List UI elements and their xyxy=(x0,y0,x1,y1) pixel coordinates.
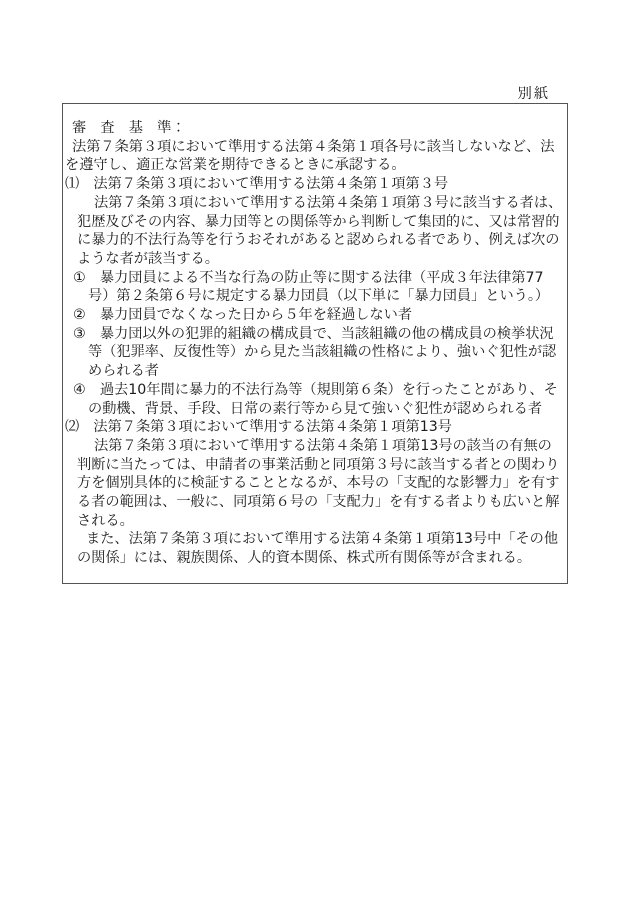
doc-line-13: 等（犯罪率、反復性等）から見た当該組織の性格により、強いぐ犯性が認 xyxy=(65,343,563,362)
doc-line-8: ような者が該当する。 xyxy=(65,250,563,269)
doc-line-16: の動機、背景、手段、日常の素行等から見て強いぐ犯性が認められる者 xyxy=(65,400,563,419)
doc-line-10: 号）第２条第６号に規定する暴力団員（以下単に「暴力団員」という。） xyxy=(65,287,563,306)
doc-line-3: を遵守し、適正な営業を期待できるときに承認する。 xyxy=(65,156,563,175)
doc-line-15: ④ 過去10年間に暴力的不法行為等（規則第６条）を行ったことがあり、そ xyxy=(65,381,563,400)
doc-line-24: の関係」には、親族関係、人的資本関係、株式所有関係等が含まれる。 xyxy=(65,549,563,568)
attachment-label: 別紙 xyxy=(518,83,550,103)
doc-line-22: される。 xyxy=(65,512,563,531)
doc-line-19: 判断に当たっては、申請者の事業活動と同項第３号に該当する者との関わり xyxy=(65,456,563,475)
doc-line-6: 犯歴及びその内容、暴力団等との関係等から判断して集団的に、又は常習的 xyxy=(65,213,563,232)
doc-line-14: められる者 xyxy=(65,362,563,381)
doc-line-12: ③ 暴力団以外の犯罪的組織の構成員で、当該組織の他の構成員の検挙状況 xyxy=(65,325,563,344)
doc-line-23: また、法第７条第３項において準用する法第４条第１項第13号中「その他 xyxy=(65,530,563,549)
doc-line-7: に暴力的不法行為等を行うおそれがあると認められる者であり、例えば次の xyxy=(65,231,563,250)
doc-line-1: 審 査 基 準： xyxy=(65,119,563,138)
doc-line-2: 法第７条第３項において準用する法第４条第１項各号に該当しないなど、法 xyxy=(65,138,563,157)
page: 別紙 審 査 基 準：法第７条第３項において準用する法第４条第１項各号に該当しな… xyxy=(0,0,630,903)
doc-line-11: ② 暴力団員でなくなった日から５年を経過しない者 xyxy=(65,306,563,325)
doc-line-20: 方を個別具体的に検証することとなるが、本号の「支配的な影響力」を有す xyxy=(65,474,563,493)
doc-line-4: ⑴ 法第７条第３項において準用する法第４条第１項第３号 xyxy=(65,175,563,194)
doc-line-18: 法第７条第３項において準用する法第４条第１項第13号の該当の有無の xyxy=(65,437,563,456)
doc-line-5: 法第７条第３項において準用する法第４条第１項第３号に該当する者は、 xyxy=(65,194,563,213)
doc-line-21: る者の範囲は、一般に、同項第６号の「支配力」を有する者よりも広いと解 xyxy=(65,493,563,512)
criteria-box: 審 査 基 準：法第７条第３項において準用する法第４条第１項各号に該当しないなど… xyxy=(62,103,568,584)
document-lines: 審 査 基 準：法第７条第３項において準用する法第４条第１項各号に該当しないなど… xyxy=(65,119,563,568)
doc-line-9: ① 暴力団員による不当な行為の防止等に関する法律（平成３年法律第77 xyxy=(65,269,563,288)
doc-line-17: ⑵ 法第７条第３項において準用する法第４条第１項第13号 xyxy=(65,418,563,437)
